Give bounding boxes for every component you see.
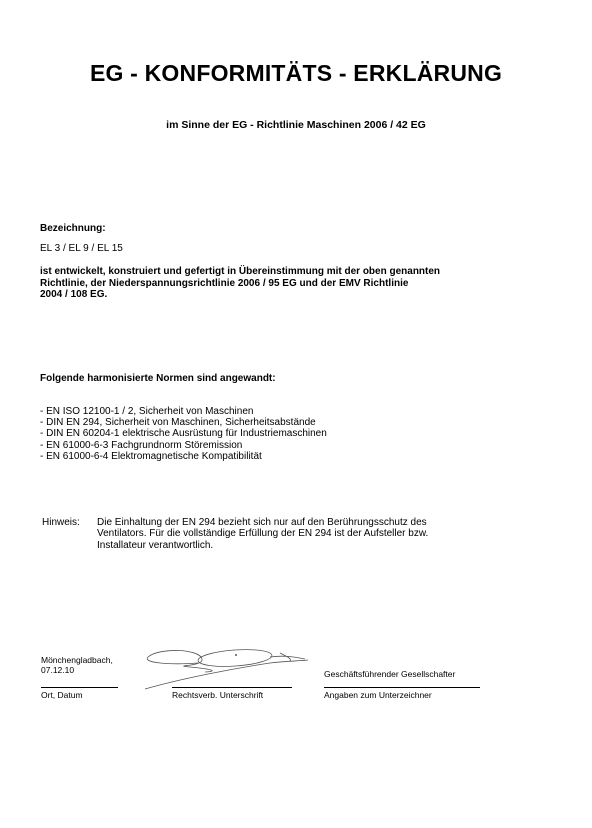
signer-line xyxy=(324,687,480,688)
norms-heading: Folgende harmonisierte Normen sind angew… xyxy=(40,373,276,384)
norm-item: - EN 61000-6-4 Elektromagnetische Kompat… xyxy=(40,451,327,462)
statement-line: 2004 / 108 EG. xyxy=(40,289,540,301)
place: Mönchengladbach, xyxy=(41,655,113,665)
place-date: Mönchengladbach, 07.12.10 xyxy=(41,655,113,675)
norm-item: - EN 61000-6-3 Fachgrundnorm Störemissio… xyxy=(40,440,327,451)
norm-item: - DIN EN 60204-1 elektrische Ausrüstung … xyxy=(40,428,327,439)
document-title: EG - KONFORMITÄTS - ERKLÄRUNG xyxy=(0,60,592,87)
note-text: Die Einhaltung der EN 294 bezieht sich n… xyxy=(97,517,537,551)
note-line: Installateur verantwortlich. xyxy=(97,540,537,551)
statement-line: ist entwickelt, konstruiert und gefertig… xyxy=(40,266,540,278)
designation-value: EL 3 / EL 9 / EL 15 xyxy=(40,243,123,254)
note-label: Hinweis: xyxy=(42,517,80,528)
designation-label: Bezeichnung: xyxy=(40,223,106,234)
norm-item: - EN ISO 12100-1 / 2, Sicherheit von Mas… xyxy=(40,406,327,417)
caption-place-date: Ort, Datum xyxy=(41,690,83,700)
note-line: Die Einhaltung der EN 294 bezieht sich n… xyxy=(97,517,537,528)
statement-line: Richtlinie, der Niederspannungsrichtlini… xyxy=(40,278,540,290)
conformity-statement: ist entwickelt, konstruiert und gefertig… xyxy=(40,266,540,301)
caption-signature: Rechtsverb. Unterschrift xyxy=(172,690,263,700)
signer-role: Geschäftsführender Gesellschafter xyxy=(324,669,455,679)
place-date-line xyxy=(41,687,118,688)
signature-line xyxy=(172,687,292,688)
note-line: Ventilators. Für die vollständige Erfüll… xyxy=(97,528,537,539)
date: 07.12.10 xyxy=(41,665,113,675)
norms-list: - EN ISO 12100-1 / 2, Sicherheit von Mas… xyxy=(40,406,327,462)
document-subtitle: im Sinne der EG - Richtlinie Maschinen 2… xyxy=(0,119,592,131)
caption-signer: Angaben zum Unterzeichner xyxy=(324,690,432,700)
norm-item: - DIN EN 294, Sicherheit von Maschinen, … xyxy=(40,417,327,428)
